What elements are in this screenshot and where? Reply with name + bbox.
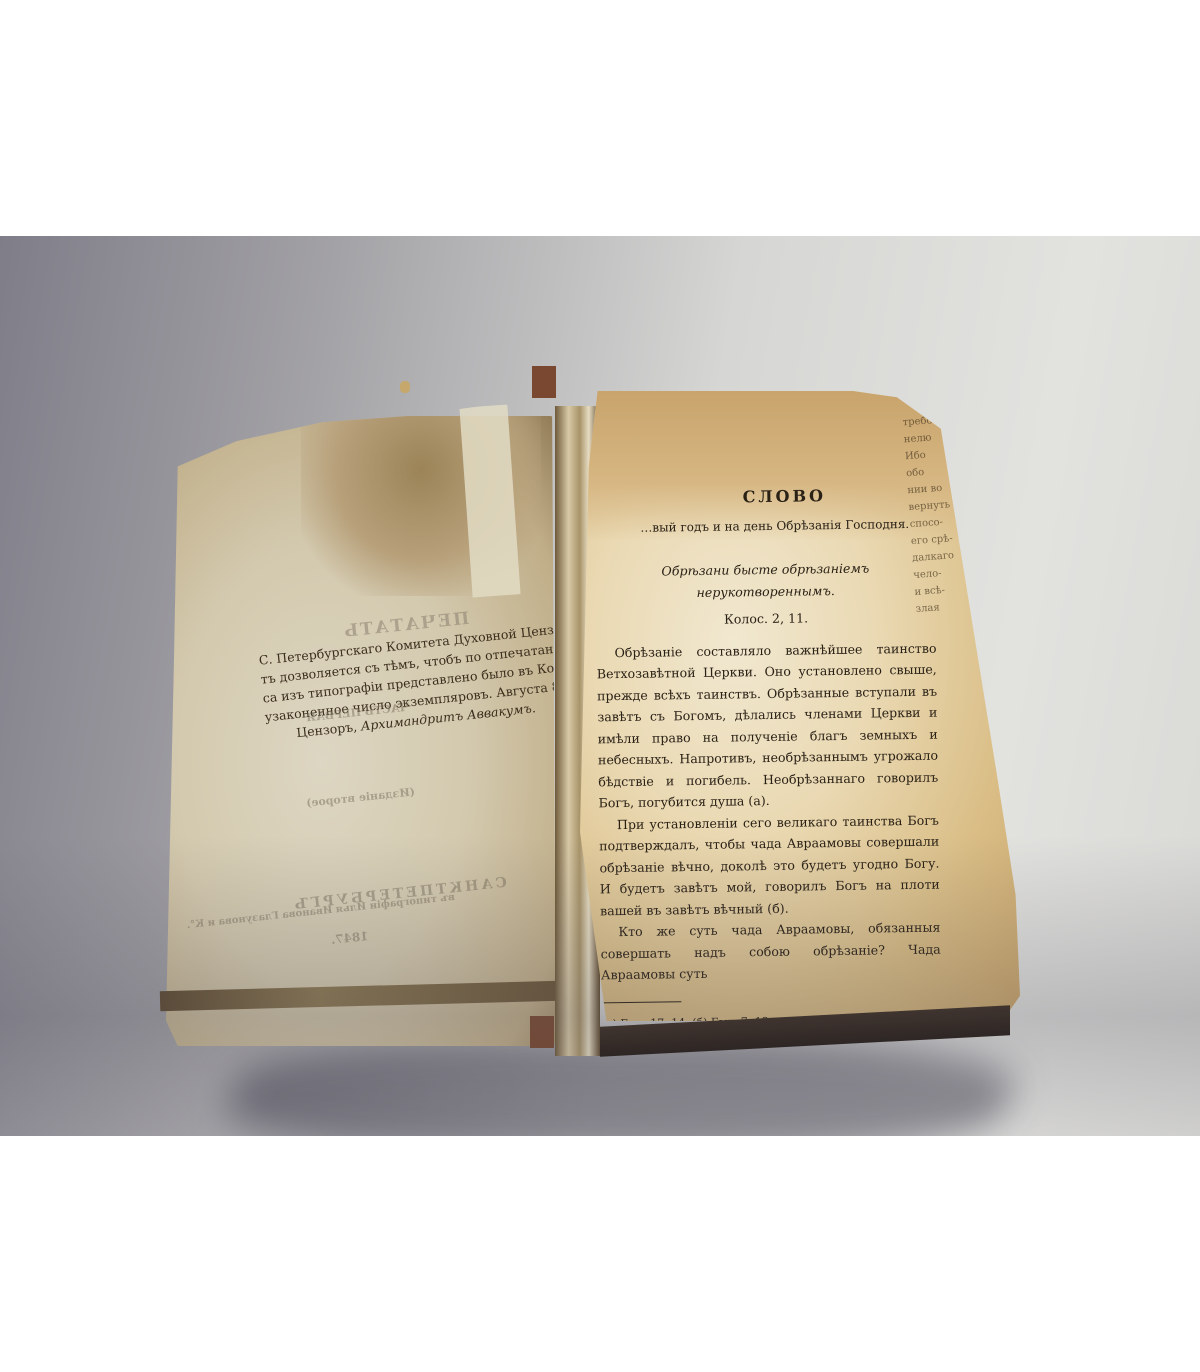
page-number: 1: [904, 1009, 912, 1031]
book-shadow: [219, 1036, 1020, 1136]
page-block-edge: [600, 1005, 1010, 1056]
cover-corner: [532, 366, 556, 398]
epigraph: Обрѣзани бысте обрѣзаніемъ нерукотворенн…: [595, 557, 936, 605]
footnote-row: (а) Быт. 17, 14. (б) Быт. 7, 13. 1: [602, 1008, 942, 1034]
paper-fragment: [400, 381, 410, 393]
photograph: ПЕЧАТАТЬ С. Петербургскаго Комитета Духо…: [0, 236, 1200, 1136]
paragraph: Кто же суть чада Авраамовы, обязанныя со…: [600, 917, 941, 986]
footnote-rule: [601, 1001, 681, 1003]
mirrored-printer: въ типографіи Илья Иванова Глазунова и К…: [186, 892, 455, 931]
page-heading: СЛОВО: [634, 484, 934, 510]
page-text: СЛОВО …вый годъ и на день Обрѣзанія Госп…: [594, 484, 942, 1035]
open-book: ПЕЧАТАТЬ С. Петербургскаго Комитета Духо…: [160, 366, 1030, 1056]
paragraph: Обрѣзаніе составляло важнѣйшее таинство …: [596, 637, 938, 814]
page-subheading: …вый годъ и на день Обрѣзанія Господня.: [615, 513, 935, 539]
left-page: ПЕЧАТАТЬ С. Петербургскаго Комитета Духо…: [166, 416, 556, 1046]
cover-corner: [530, 1016, 554, 1048]
body-text: Обрѣзаніе составляло важнѣйшее таинство …: [596, 637, 941, 986]
mirrored-edition: (Изданіе второе): [306, 785, 416, 809]
right-page: требо- нелю Ибо обо нии во вернуть спосо…: [580, 391, 1020, 1021]
mirrored-city: САНКТПЕТЕРБУРГЪ: [291, 875, 508, 914]
mirrored-year: 1847.: [330, 929, 369, 947]
censorship-block: ПЕЧАТАТЬ С. Петербургскаго Комитета Духо…: [256, 601, 566, 746]
footnote: (а) Быт. 17, 14. (б) Быт. 7, 13.: [602, 1010, 773, 1034]
cover-bottom-edge: [160, 981, 560, 1011]
scripture-reference: Колос. 2, 11.: [596, 606, 936, 632]
paragraph: При установленіи сего великаго таинства …: [599, 809, 940, 921]
